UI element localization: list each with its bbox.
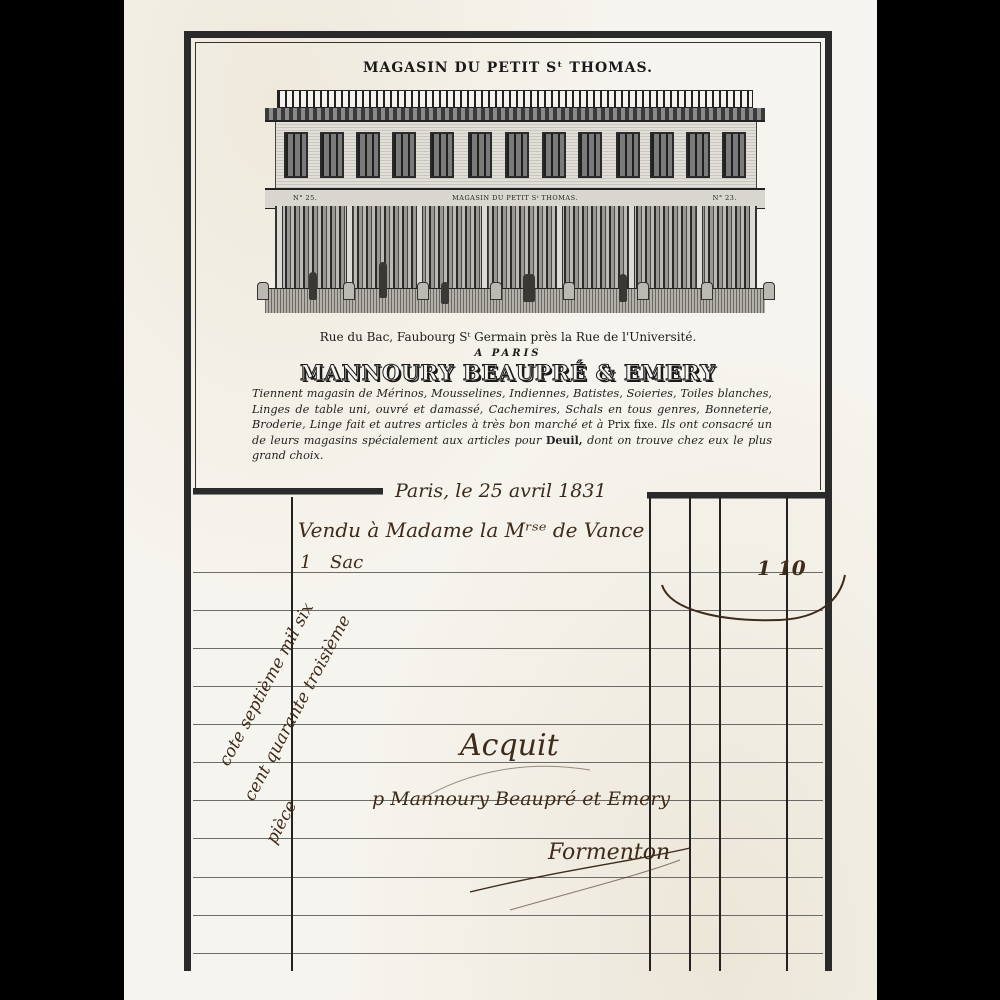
signature: Formenton [548,840,670,865]
receipt-acquit: Acquit [460,728,559,763]
handwriting-flourishes [0,0,1000,1000]
receipt-for-firm: p Mannoury Beaupré et Emery [372,788,670,810]
